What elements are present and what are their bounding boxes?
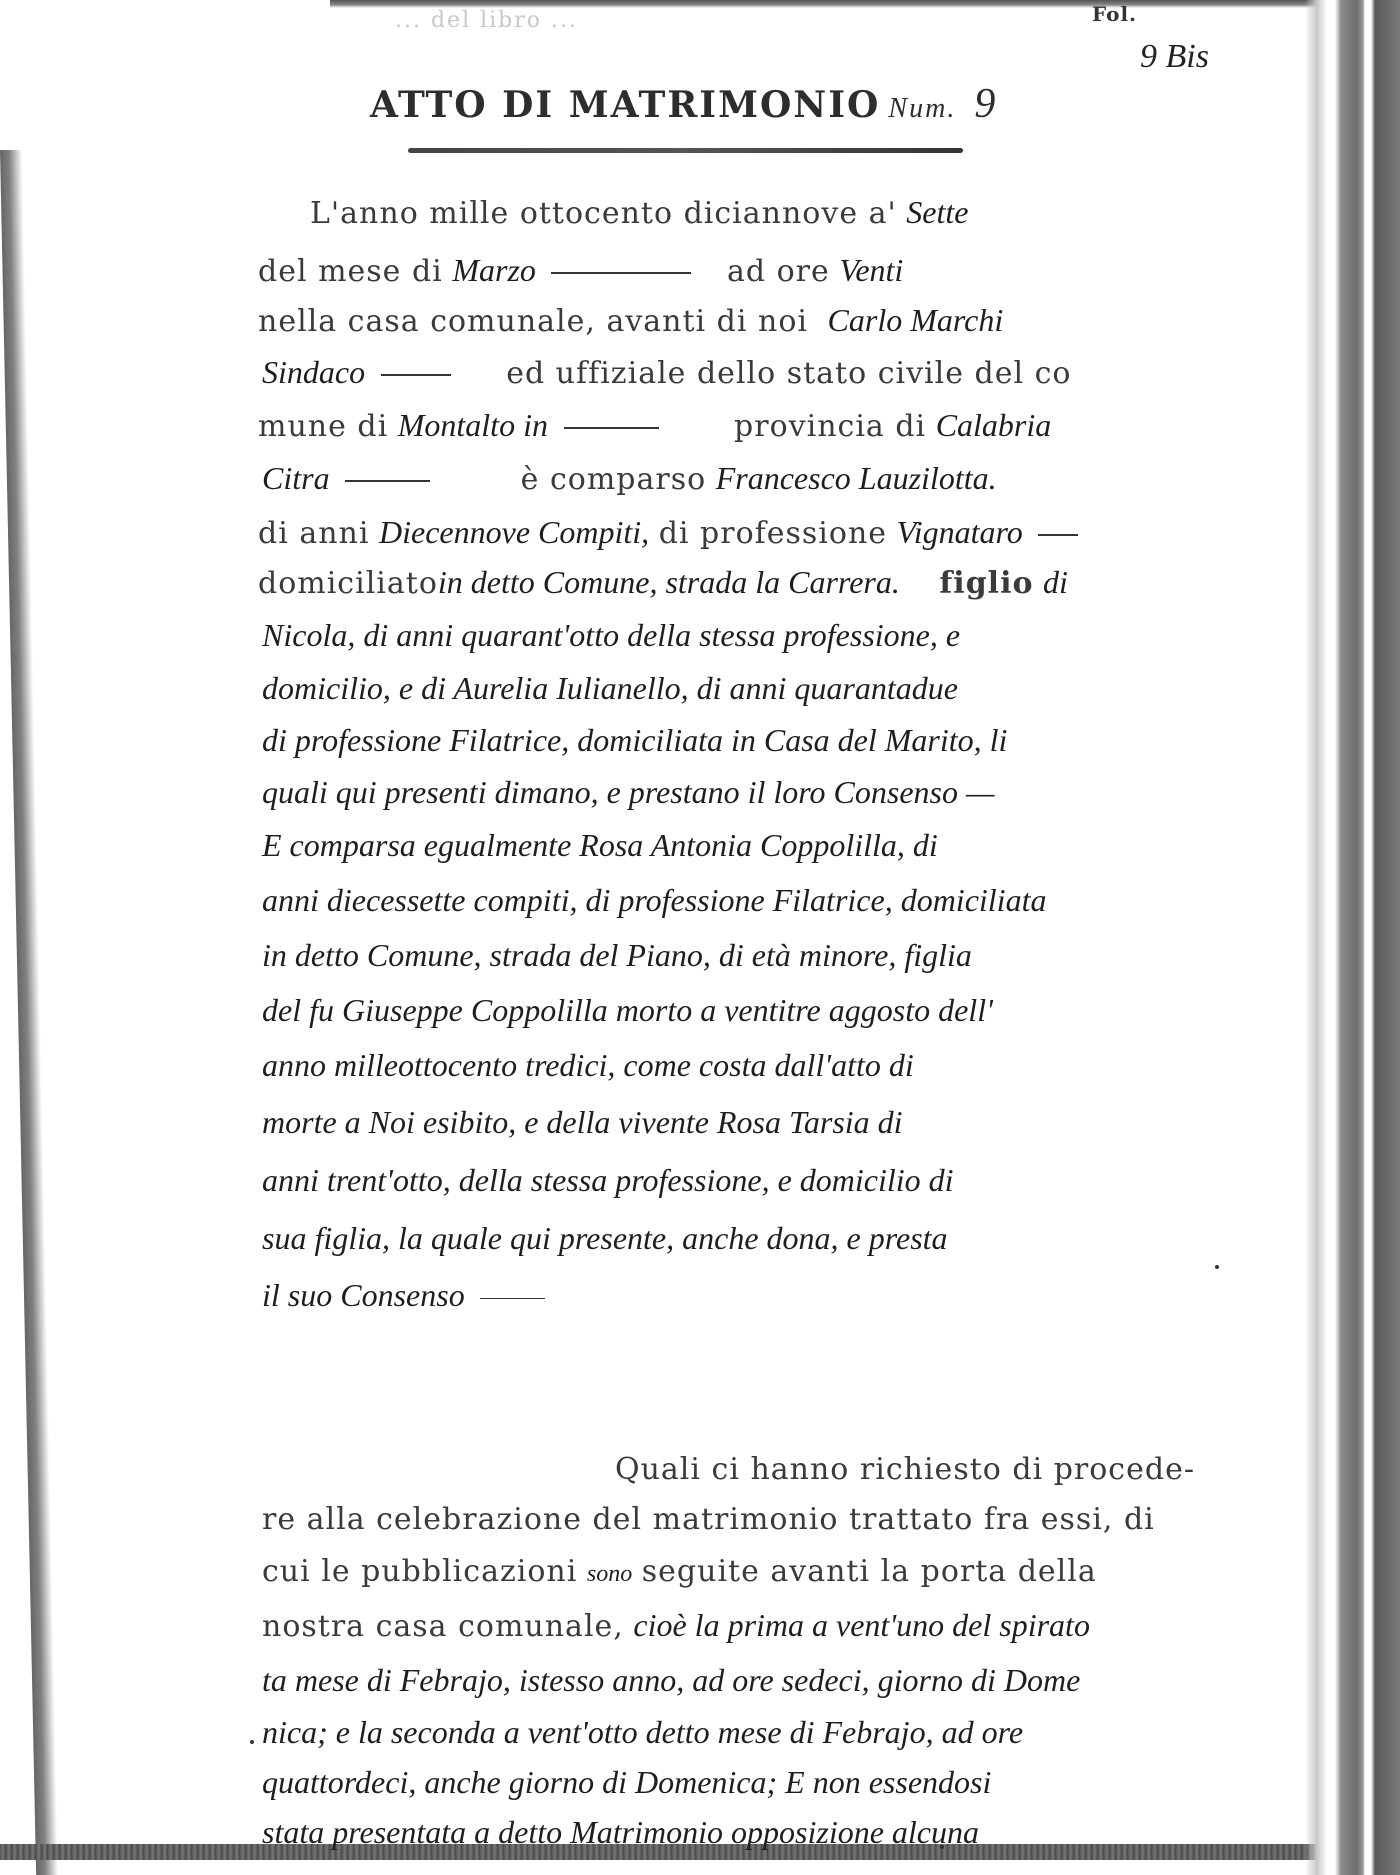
handwritten-hour: Venti	[839, 252, 903, 288]
handwritten-line-15: in detto Comune, strada del Piano, di et…	[262, 935, 972, 975]
handwritten-province: Calabria	[936, 407, 1052, 443]
folio-label: Fol.	[1092, 2, 1137, 26]
handwritten-month: Marzo	[452, 252, 536, 288]
handwritten-text: di	[1043, 564, 1068, 600]
form-line-4: Sindaco ed uffiziale dello stato civile …	[262, 352, 1072, 394]
form-line-2: del mese di Marzo ad ore Venti	[258, 250, 903, 292]
handwritten-day: Sette	[906, 194, 968, 230]
handwritten-line-9: Nicola, di anni quarant'otto della stess…	[262, 615, 960, 655]
ink-speck	[1215, 1265, 1219, 1269]
form-text: ed uffiziale dello stato civile del co	[506, 356, 1071, 391]
handwritten-official-name: Carlo Marchi	[828, 302, 1004, 338]
page-number: 9 Bis	[1140, 38, 1209, 76]
printed-line-3: cui le pubblicazioni sono seguite avanti…	[262, 1552, 1097, 1594]
form-line-6: Citra è comparso Francesco Lauzilotta.	[262, 458, 997, 500]
handwritten-line-18: morte a Noi esibito, e della vivente Ros…	[262, 1102, 903, 1142]
document-title: ATTO DI MATRIMONIONum.9	[370, 80, 997, 128]
handwritten-text: sono	[587, 1561, 632, 1587]
printed-line-2: re alla celebrazione del matrimonio trat…	[262, 1500, 1155, 1540]
form-text: del mese di	[258, 254, 443, 289]
act-number: 9	[974, 81, 997, 127]
handwritten-lower-line-8: stata presentata a detto Matrimonio oppo…	[262, 1812, 979, 1852]
fill-dash	[480, 1298, 545, 1299]
form-text: nostra casa comunale,	[262, 1609, 624, 1644]
form-line-5: mune di Montalto in provincia di Calabri…	[258, 405, 1051, 447]
form-text: di professione	[659, 516, 887, 551]
handwritten-line-16: del fu Giuseppe Coppolilla morto a venti…	[262, 990, 993, 1030]
number-label: Num.	[888, 93, 956, 124]
form-text: cui le pubblicazioni	[262, 1554, 577, 1589]
form-text: L'anno mille ottocento diciannove a'	[310, 196, 897, 231]
handwritten-line-20: sua figlia, la quale qui presente, anche…	[262, 1218, 948, 1258]
form-text: di anni	[258, 516, 369, 551]
ink-speck	[250, 1740, 254, 1744]
handwritten-lower-line-7: quattordeci, anche giorno di Domenica; E…	[262, 1762, 991, 1802]
handwritten-line-21: il suo Consenso	[262, 1275, 551, 1317]
form-text: mune di	[258, 409, 388, 444]
form-text: provincia di	[734, 409, 926, 444]
form-line-7: di anni Diecennove Compiti, di professio…	[258, 512, 1084, 554]
title-text: ATTO DI MATRIMONIO	[370, 84, 880, 126]
handwritten-title: Sindaco	[262, 354, 365, 390]
handwritten-line-13: E comparsa egualmente Rosa Antonia Coppo…	[262, 825, 938, 865]
form-text: figlio	[939, 566, 1033, 601]
fill-dash	[551, 272, 691, 274]
fill-dash	[1038, 534, 1078, 536]
handwritten-groom-name: Francesco Lauzilotta.	[716, 460, 997, 496]
book-binding-edge	[1305, 0, 1400, 1875]
handwritten-lower-line-5: ta mese di Febrajo, istesso anno, ad ore…	[262, 1660, 1080, 1700]
form-line-1: L'anno mille ottocento diciannove a' Set…	[310, 192, 968, 234]
printed-line-1: Quali ci hanno richiesto di procede-	[615, 1450, 1195, 1490]
handwritten-line-19: anni trent'otto, della stessa profession…	[262, 1160, 954, 1200]
form-text: domiciliato	[258, 566, 438, 601]
bleed-through-header: ... del libro ...	[395, 8, 578, 33]
handwritten-line-12: quali qui presenti dimano, e prestano il…	[262, 772, 994, 812]
handwritten-line-17: anno milleottocento tredici, come costa …	[262, 1045, 914, 1085]
handwritten-first-banns: cioè la prima a vent'uno del spirato	[633, 1607, 1090, 1643]
page-left-edge	[0, 150, 58, 1875]
form-line-3: nella casa comunale, avanti di noi Carlo…	[258, 300, 1003, 342]
handwritten-province-cont: Citra	[262, 460, 330, 496]
handwritten-line-10: domicilio, e di Aurelia Iulianello, di a…	[262, 668, 958, 708]
form-line-8: domiciliatoin detto Comune, strada la Ca…	[258, 562, 1068, 604]
printed-line-4: nostra casa comunale, cioè la prima a ve…	[262, 1605, 1090, 1647]
handwritten-groom-age: Diecennove Compiti,	[379, 514, 649, 550]
handwritten-line-14: anni diecessette compiti, di professione…	[262, 880, 1046, 920]
handwritten-lower-line-6: nica; e la seconda a vent'otto detto mes…	[262, 1712, 1023, 1752]
form-text: ad ore	[727, 254, 830, 289]
form-text: nella casa comunale, avanti di noi	[258, 304, 808, 339]
form-text: seguite avanti la porta della	[642, 1554, 1097, 1589]
scanned-page: ... del libro ... Fol. 9 Bis ATTO DI MAT…	[0, 0, 1300, 1860]
fill-dash	[381, 374, 451, 376]
form-text: è comparso	[521, 462, 707, 497]
handwritten-commune: Montalto in	[398, 407, 548, 443]
handwritten-text: il suo Consenso	[262, 1277, 465, 1313]
handwritten-groom-profession: Vignataro	[897, 514, 1023, 550]
handwritten-line-11: di professione Filatrice, domiciliata in…	[262, 720, 1007, 760]
page-top-edge	[330, 0, 1400, 8]
fill-dash	[345, 480, 430, 482]
title-underline	[408, 148, 963, 153]
fill-dash	[564, 427, 659, 429]
handwritten-groom-residence: in detto Comune, strada la Carrera.	[438, 564, 900, 600]
ink-speck	[940, 1845, 944, 1849]
